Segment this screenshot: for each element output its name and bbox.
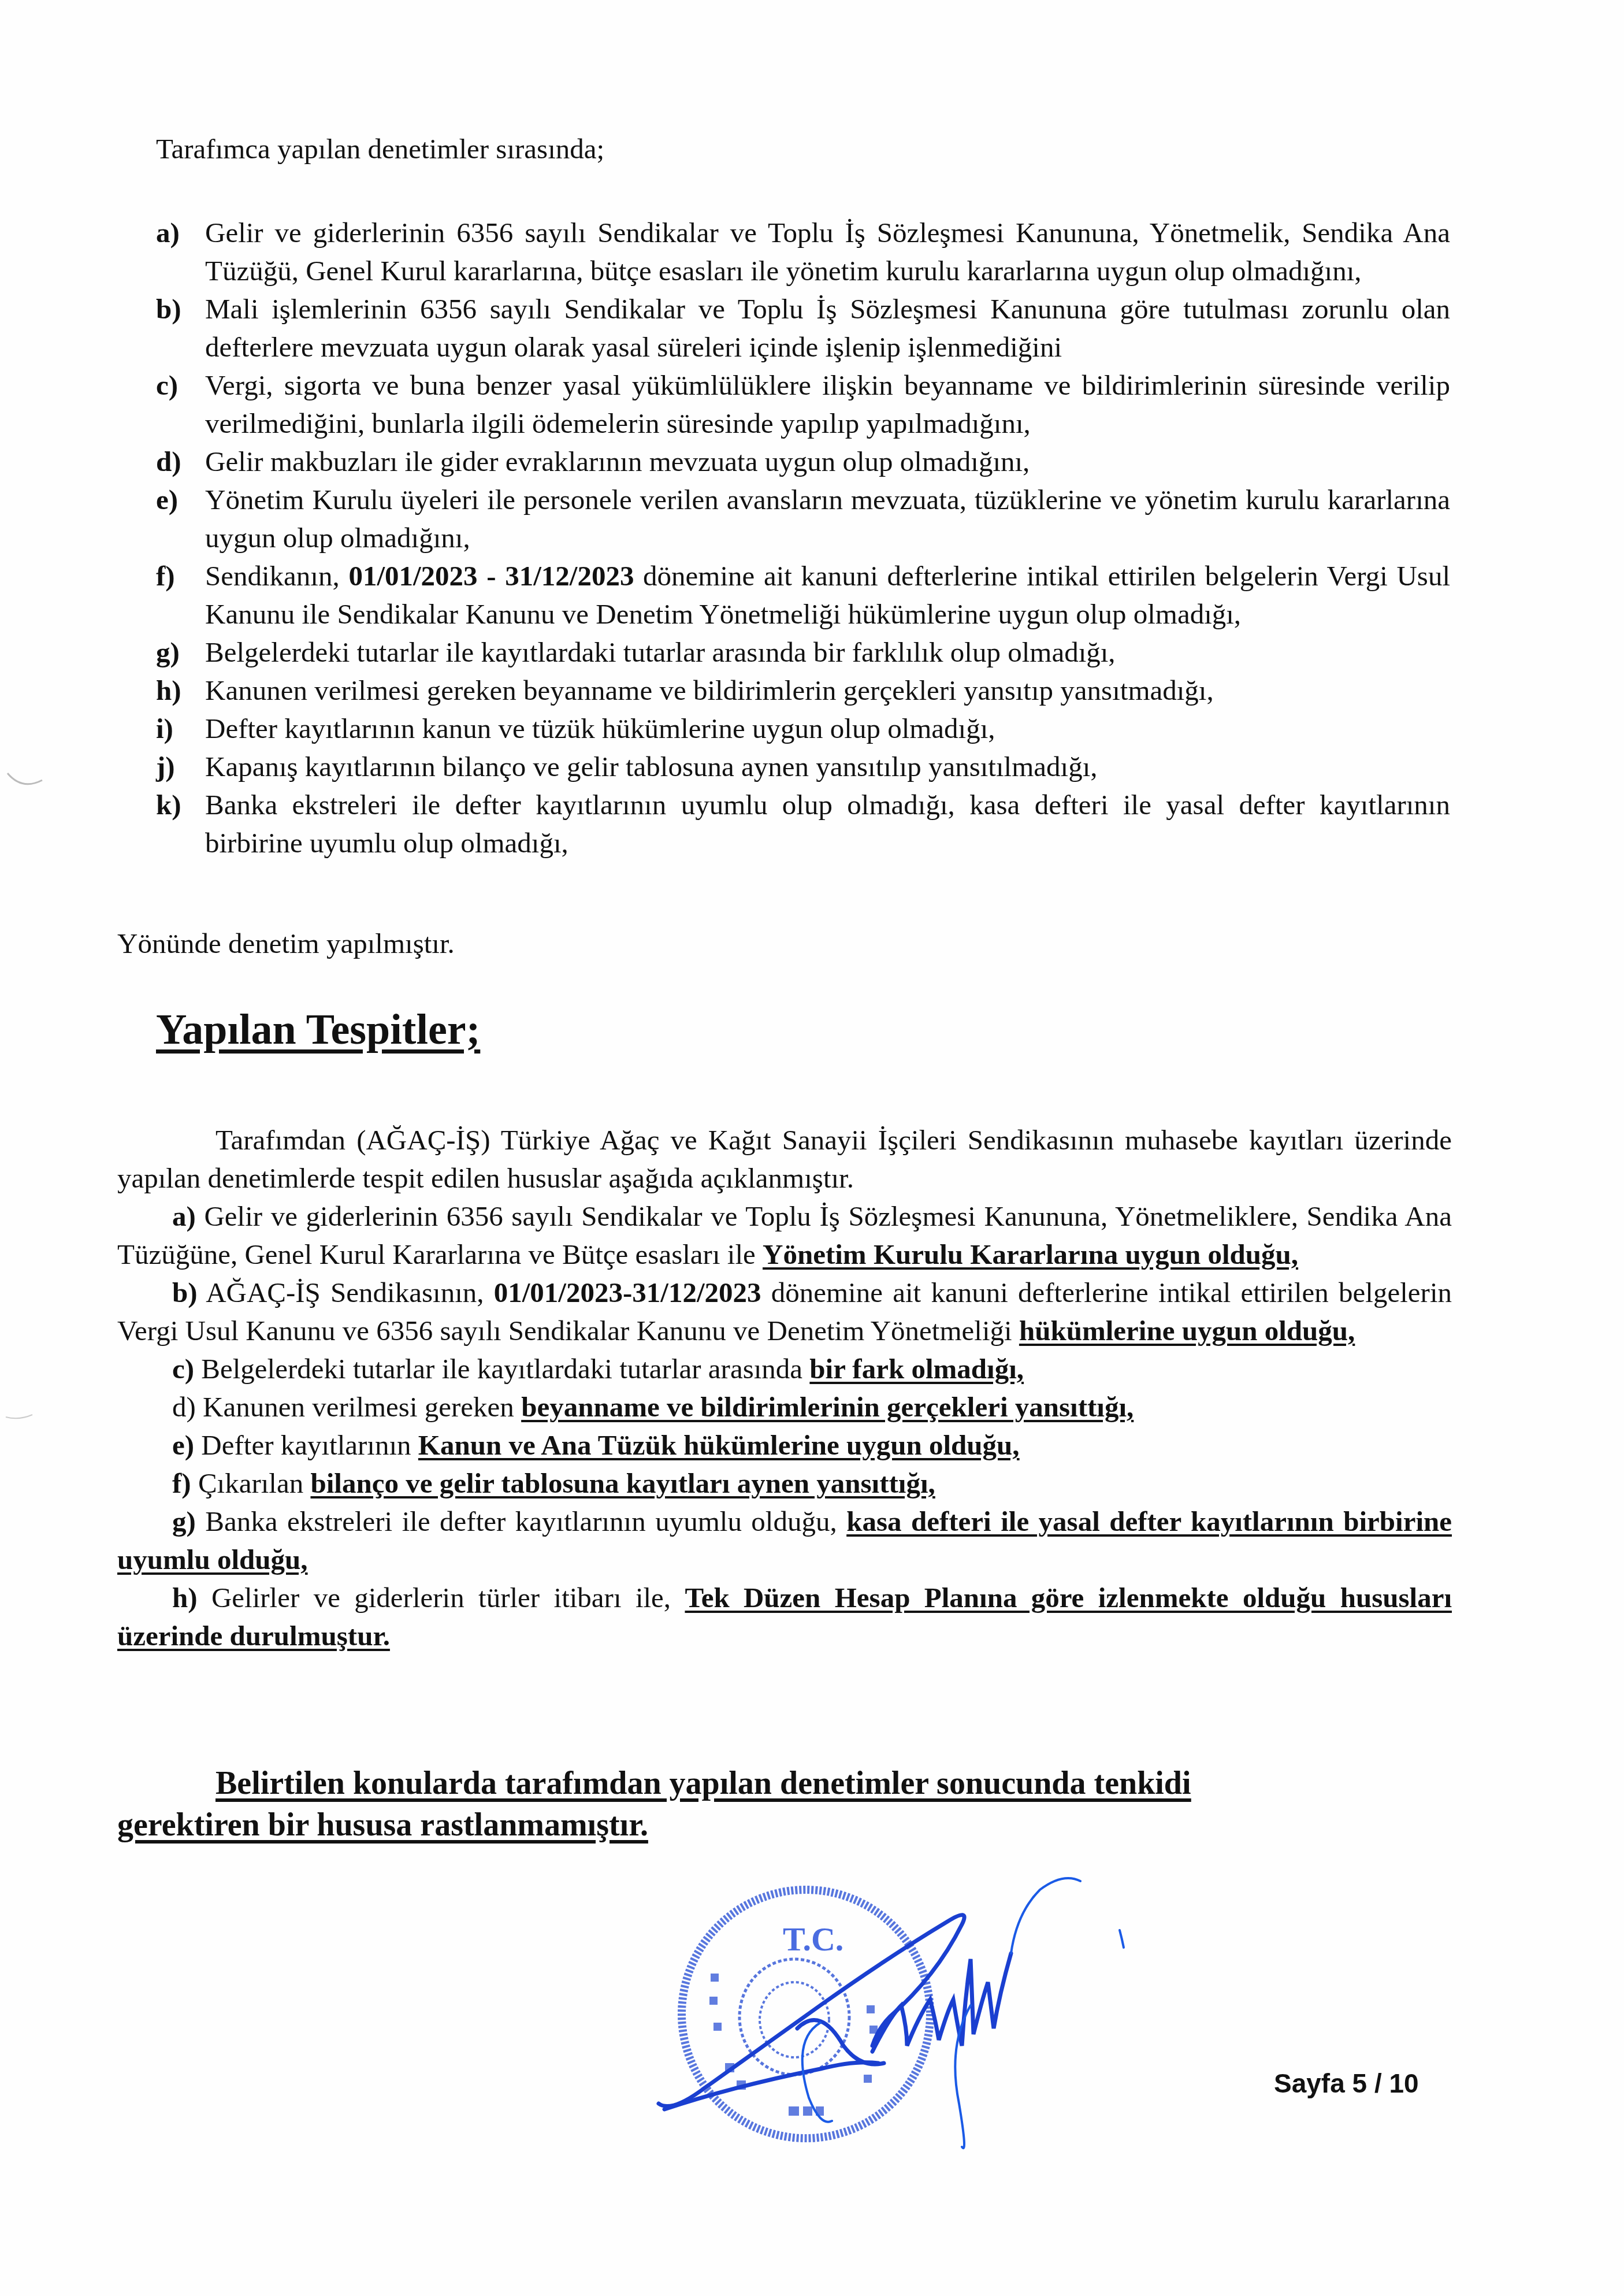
- closing-text: Yönünde denetim yapılmıştır.: [117, 925, 455, 963]
- list-item-text: Defter kayıtlarının kanun ve tüzük hüküm…: [205, 713, 995, 744]
- signature-icon: [647, 1855, 1456, 2167]
- findings-intro: Tarafımdan (AĞAÇ-İŞ) Türkiye Ağaç ve Kağ…: [117, 1121, 1452, 1197]
- finding-text: Belgelerdeki tutarlar ile kayıtlardaki t…: [201, 1353, 809, 1385]
- list-item: a)Gelir ve giderlerinin 6356 sayılı Send…: [156, 214, 1450, 290]
- list-marker: f): [156, 557, 175, 595]
- finding-text: Banka ekstreleri ile defter kayıtlarının…: [205, 1505, 846, 1537]
- list-item-text: Gelir makbuzları ile gider evraklarının …: [205, 446, 1030, 477]
- conclusion-line: gerektiren bir hususa rastlanmamıştır.: [117, 1807, 648, 1843]
- finding-item: h) Gelirler ve giderlerin türler itibarı…: [117, 1579, 1452, 1655]
- list-marker: d): [172, 1391, 196, 1423]
- list-marker: e): [156, 481, 178, 519]
- audit-period-dates: 01/01/2023 - 31/12/2023: [348, 560, 634, 592]
- finding-text: Gelirler ve giderlerin türler itibarı il…: [211, 1582, 685, 1613]
- finding-item: c) Belgelerdeki tutarlar ile kayıtlardak…: [117, 1350, 1452, 1388]
- list-item: k)Banka ekstreleri ile defter kayıtların…: [156, 786, 1450, 862]
- list-item: g)Belgelerdeki tutarlar ile kayıtlardaki…: [156, 633, 1450, 672]
- list-marker: b): [156, 290, 181, 328]
- list-marker: b): [172, 1277, 198, 1308]
- list-item-text: Vergi, sigorta ve buna benzer yasal yükü…: [205, 369, 1450, 439]
- list-marker: i): [156, 710, 173, 748]
- finding-text: Defter kayıtlarının: [201, 1429, 418, 1461]
- list-item-text: Belgelerdeki tutarlar ile kayıtlardaki t…: [205, 636, 1116, 668]
- list-marker: d): [156, 443, 181, 481]
- conclusion: Belirtilen konularda tarafımdan yapılan …: [117, 1763, 1371, 1846]
- finding-text: Çıkarılan: [198, 1467, 311, 1499]
- list-marker: f): [172, 1467, 191, 1499]
- list-item-text: Kapanış kayıtlarının bilanço ve gelir ta…: [205, 751, 1098, 782]
- finding-text: Kanunen verilmesi gereken: [203, 1391, 521, 1423]
- list-marker: g): [172, 1505, 196, 1537]
- list-item: d)Gelir makbuzları ile gider evraklarını…: [156, 443, 1450, 481]
- list-marker: a): [172, 1200, 196, 1232]
- finding-item: f) Çıkarılan bilanço ve gelir tablosuna …: [117, 1464, 1452, 1503]
- list-marker: e): [172, 1429, 194, 1461]
- finding-emphasis: beyanname ve bildirimlerinin gerçekleri …: [521, 1391, 1134, 1423]
- scan-mark-icon: [5, 769, 45, 792]
- findings-section: Tarafımdan (AĞAÇ-İŞ) Türkiye Ağaç ve Kağ…: [117, 1121, 1452, 1655]
- audit-scope-list: a)Gelir ve giderlerinin 6356 sayılı Send…: [156, 214, 1450, 862]
- list-item-text: Banka ekstreleri ile defter kayıtlarının…: [205, 789, 1450, 859]
- list-marker: j): [156, 748, 175, 786]
- list-item-text: Gelir ve giderlerinin 6356 sayılı Sendik…: [205, 217, 1450, 287]
- list-item: b)Mali işlemlerinin 6356 sayılı Sendikal…: [156, 290, 1450, 366]
- conclusion-line: Belirtilen konularda tarafımdan yapılan …: [215, 1765, 1191, 1801]
- finding-item: a) Gelir ve giderlerinin 6356 sayılı Sen…: [117, 1197, 1452, 1274]
- finding-emphasis: Kanun ve Ana Tüzük hükümlerine uygun old…: [418, 1429, 1020, 1461]
- list-marker: g): [156, 633, 180, 672]
- finding-item: b) AĞAÇ-İŞ Sendikasının, 01/01/2023-31/1…: [117, 1274, 1452, 1350]
- list-item: h)Kanunen verilmesi gereken beyanname ve…: [156, 672, 1450, 710]
- document-page: Tarafımca yapılan denetimler sırasında; …: [0, 0, 1624, 2296]
- scan-mark-icon: [5, 1410, 34, 1422]
- intro-text: Tarafımca yapılan denetimler sırasında;: [156, 130, 604, 168]
- list-marker: a): [156, 214, 180, 252]
- finding-emphasis: bilanço ve gelir tablosuna kayıtları ayn…: [310, 1467, 935, 1499]
- list-marker: c): [156, 366, 178, 405]
- page-number: Sayfa 5 / 10: [1274, 2068, 1419, 2099]
- finding-item: g) Banka ekstreleri ile defter kayıtları…: [117, 1503, 1452, 1579]
- list-item: e)Yönetim Kurulu üyeleri ile personele v…: [156, 481, 1450, 557]
- finding-emphasis: bir fark olmadığı,: [809, 1353, 1024, 1385]
- list-item-text: Sendikanın,: [205, 560, 348, 592]
- finding-item: e) Defter kayıtlarının Kanun ve Ana Tüzü…: [117, 1426, 1452, 1464]
- list-item: j)Kapanış kayıtlarının bilanço ve gelir …: [156, 748, 1450, 786]
- findings-heading: Yapılan Tespitler;: [156, 1006, 480, 1055]
- finding-emphasis: hükümlerine uygun olduğu,: [1019, 1315, 1355, 1347]
- list-item-text: Yönetim Kurulu üyeleri ile personele ver…: [205, 484, 1450, 554]
- list-item-text: Mali işlemlerinin 6356 sayılı Sendikalar…: [205, 293, 1450, 363]
- list-marker: c): [172, 1353, 194, 1385]
- finding-item: d) Kanunen verilmesi gereken beyanname v…: [117, 1388, 1452, 1426]
- list-item: f)Sendikanın, 01/01/2023 - 31/12/2023 dö…: [156, 557, 1450, 633]
- list-item: c)Vergi, sigorta ve buna benzer yasal yü…: [156, 366, 1450, 443]
- list-item: i)Defter kayıtlarının kanun ve tüzük hük…: [156, 710, 1450, 748]
- finding-text: AĞAÇ-İŞ Sendikasının,: [206, 1277, 494, 1308]
- list-marker: k): [156, 786, 181, 824]
- list-marker: h): [172, 1582, 198, 1613]
- audit-period-dates: 01/01/2023-31/12/2023: [494, 1277, 761, 1308]
- finding-emphasis: Yönetim Kurulu Kararlarına uygun olduğu,: [763, 1238, 1298, 1270]
- list-item-text: Kanunen verilmesi gereken beyanname ve b…: [205, 674, 1214, 706]
- list-marker: h): [156, 672, 181, 710]
